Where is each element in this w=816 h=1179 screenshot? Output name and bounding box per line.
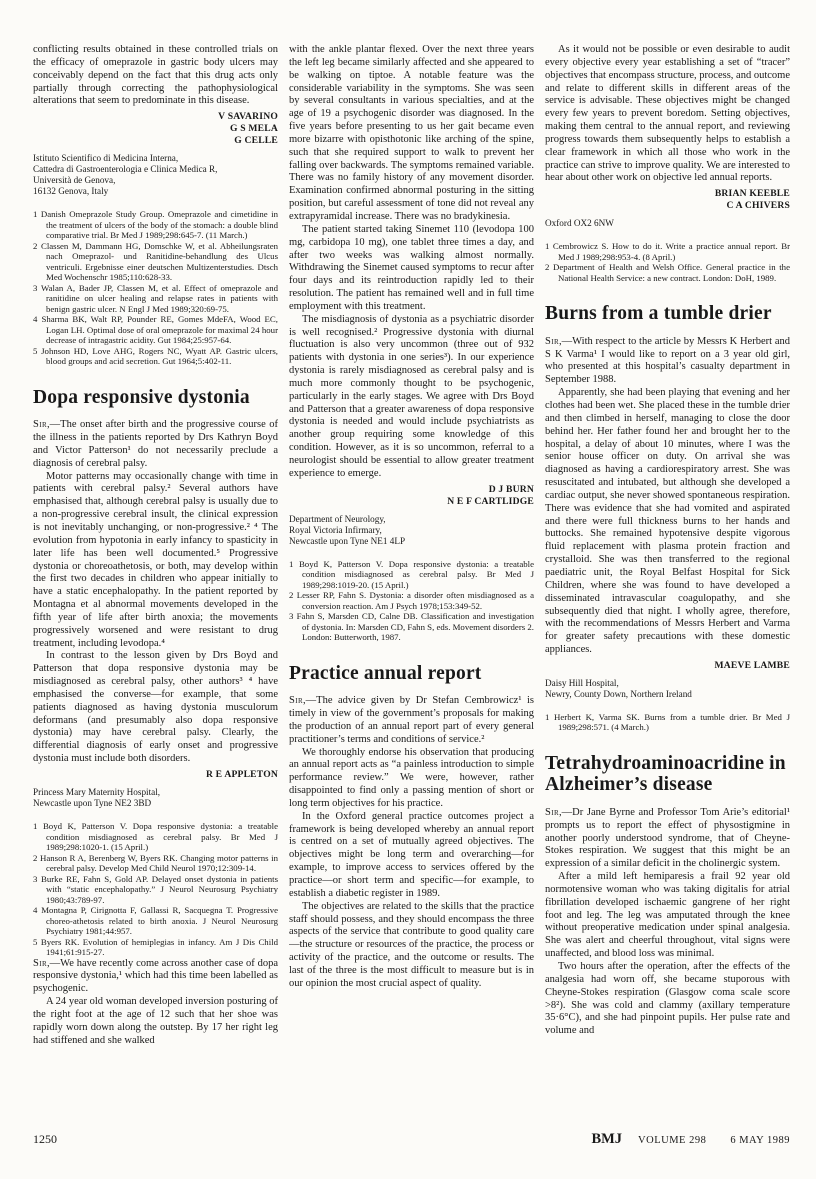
author-address: Daisy Hill Hospital, Newry, County Down,… [545, 678, 790, 700]
sir-label: Sir [545, 336, 559, 347]
letter-opening-paragraph: Sir,—With respect to the article by Mess… [545, 336, 790, 387]
address-line: Princess Mary Maternity Hospital, [33, 787, 278, 798]
reference-item: 1 Boyd K, Patterson V. Dopa responsive d… [33, 821, 278, 853]
signature-block: MAEVE LAMBE [545, 660, 790, 672]
paragraph: Apparently, she had been playing that ev… [545, 387, 790, 657]
address-line: Newcastle upon Tyne NE1 4LP [289, 536, 534, 547]
signature: R E APPLETON [33, 769, 278, 781]
address-line: Oxford OX2 6NW [545, 218, 790, 229]
reference-list: 1 Herbert K, Varma SK. Burns from a tumb… [545, 712, 790, 733]
signature-block: V SAVARINO G S MELA G CELLE [33, 111, 278, 147]
letter-opening-paragraph: Sir,—The advice given by Dr Stefan Cembr… [289, 695, 534, 746]
reference-item: 1 Herbert K, Varma SK. Burns from a tumb… [545, 712, 790, 733]
paragraph-text: ,—The onset after birth and the progress… [33, 419, 278, 469]
address-line: Università de Genova, [33, 175, 278, 186]
paragraph: In the Oxford general practice outcomes … [289, 811, 534, 901]
reference-item: 2 Hanson R A, Berenberg W, Byers RK. Cha… [33, 853, 278, 874]
letter-opening-paragraph: Sir,—Dr Jane Byrne and Professor Tom Ari… [545, 807, 790, 871]
address-line: Newcastle upon Tyne NE2 3BD [33, 798, 278, 809]
sir-label: Sir [545, 807, 559, 818]
reference-item: 3 Burke RE, Fahn S, Gold AP. Delayed ons… [33, 874, 278, 906]
letter-heading-dopa-responsive-dystonia: Dopa responsive dystonia [33, 387, 278, 409]
reference-list: 1 Boyd K, Patterson V. Dopa responsive d… [33, 821, 278, 958]
journal-footer-line: BMJ VOLUME 298 6 MAY 1989 [591, 1131, 790, 1148]
letter-heading-burns-tumble-drier: Burns from a tumble drier [545, 303, 790, 325]
signature: BRIAN KEEBLE [545, 188, 790, 200]
reference-item: 3 Walan A, Bader JP, Classen M, et al. E… [33, 283, 278, 315]
address-line: Istituto Scientifico di Medicina Interna… [33, 153, 278, 164]
column-right: As it would not be possible or even desi… [545, 44, 790, 1130]
signature: G S MELA [33, 123, 278, 135]
paragraph: The misdiagnosis of dystonia as a psychi… [289, 314, 534, 481]
reference-item: 5 Johnson HD, Love AHG, Rogers NC, Wyatt… [33, 346, 278, 367]
author-address: Oxford OX2 6NW [545, 218, 790, 229]
reference-item: 1 Cembrowicz S. How to do it. Write a pr… [545, 241, 790, 262]
address-line: Department of Neurology, [289, 514, 534, 525]
journal-date: 6 MAY 1989 [730, 1135, 790, 1146]
address-line: Daisy Hill Hospital, [545, 678, 790, 689]
sir-label: Sir [33, 958, 47, 969]
letter-opening-paragraph: Sir,—The onset after birth and the progr… [33, 419, 278, 470]
letter-continuation-paragraph: As it would not be possible or even desi… [545, 44, 790, 185]
signature-block: D J BURN N E F CARTLIDGE [289, 484, 534, 508]
column-left: conflicting results obtained in these co… [33, 44, 278, 1130]
signature: MAEVE LAMBE [545, 660, 790, 672]
signature: G CELLE [33, 135, 278, 147]
paragraph-text: ,—Dr Jane Byrne and Professor Tom Arie’s… [545, 807, 790, 869]
journal-title: BMJ [591, 1131, 622, 1148]
page-number: 1250 [33, 1132, 57, 1147]
paragraph: After a mild left hemiparesis a frail 92… [545, 871, 790, 961]
paragraph: Motor patterns may occasionally change w… [33, 471, 278, 651]
paragraph: The patient started taking Sinemet 110 (… [289, 224, 534, 314]
address-line: 16132 Genova, Italy [33, 186, 278, 197]
signature: N E F CARTLIDGE [289, 496, 534, 508]
paragraph-text: ,—With respect to the article by Messrs … [545, 336, 790, 386]
reference-item: 2 Lesser RP, Fahn S. Dystonia: a disorde… [289, 590, 534, 611]
journal-volume: VOLUME 298 [638, 1135, 706, 1146]
paragraph-text: ,—We have recently come across another c… [33, 958, 278, 995]
author-address: Princess Mary Maternity Hospital, Newcas… [33, 787, 278, 809]
column-middle: with the ankle plantar flexed. Over the … [289, 44, 534, 1130]
paragraph: In contrast to the lesson given by Drs B… [33, 650, 278, 766]
reference-list: 1 Boyd K, Patterson V. Dopa responsive d… [289, 559, 534, 643]
reference-list: 1 Cembrowicz S. How to do it. Write a pr… [545, 241, 790, 283]
signature-block: BRIAN KEEBLE C A CHIVERS [545, 188, 790, 212]
reference-item: 1 Boyd K, Patterson V. Dopa responsive d… [289, 559, 534, 591]
reference-item: 2 Department of Health and Welsh Office.… [545, 262, 790, 283]
signature: C A CHIVERS [545, 200, 790, 212]
letter-heading-practice-annual-report: Practice annual report [289, 663, 534, 685]
paragraph: Two hours after the operation, after the… [545, 961, 790, 1038]
paragraph-text: ,—The advice given by Dr Stefan Cembrowi… [289, 695, 534, 745]
reference-item: 4 Montagna P, Cirignotta F, Gallassi R, … [33, 905, 278, 937]
reference-item: 3 Fahn S, Marsden CD, Calne DB. Classifi… [289, 611, 534, 643]
letter-continuation-paragraph: with the ankle plantar flexed. Over the … [289, 44, 534, 224]
signature: V SAVARINO [33, 111, 278, 123]
content-columns: conflicting results obtained in these co… [33, 44, 790, 1130]
letter-heading-tetrahydroaminoacridine: Tetrahydroaminoacridine in Alzheimer’s d… [545, 753, 790, 796]
reference-item: 4 Sharma BK, Walt RP, Pounder RE, Gomes … [33, 314, 278, 346]
author-address: Department of Neurology, Royal Victoria … [289, 514, 534, 547]
address-line: Cattedra di Gastroenterologia e Clinica … [33, 164, 278, 175]
letter-opening-paragraph: Sir,—We have recently come across anothe… [33, 958, 278, 997]
paragraph: We thoroughly endorse his observation th… [289, 747, 534, 811]
paragraph: A 24 year old woman developed inversion … [33, 996, 278, 1047]
signature-block: R E APPLETON [33, 769, 278, 781]
page-footer: 1250 BMJ VOLUME 298 6 MAY 1989 [33, 1131, 790, 1148]
sir-label: Sir [289, 695, 303, 706]
reference-item: 1 Danish Omeprazole Study Group. Omepraz… [33, 209, 278, 241]
letter-continuation-paragraph: conflicting results obtained in these co… [33, 44, 278, 108]
journal-page: conflicting results obtained in these co… [0, 0, 816, 1179]
reference-item: 2 Classen M, Dammann HG, Domschke W, et … [33, 241, 278, 283]
address-line: Newry, County Down, Northern Ireland [545, 689, 790, 700]
signature: D J BURN [289, 484, 534, 496]
address-line: Royal Victoria Infirmary, [289, 525, 534, 536]
reference-item: 5 Byers RK. Evolution of hemiplegias in … [33, 937, 278, 958]
author-address: Istituto Scientifico di Medicina Interna… [33, 153, 278, 197]
paragraph: The objectives are related to the skills… [289, 901, 534, 991]
sir-label: Sir [33, 419, 47, 430]
reference-list: 1 Danish Omeprazole Study Group. Omepraz… [33, 209, 278, 367]
